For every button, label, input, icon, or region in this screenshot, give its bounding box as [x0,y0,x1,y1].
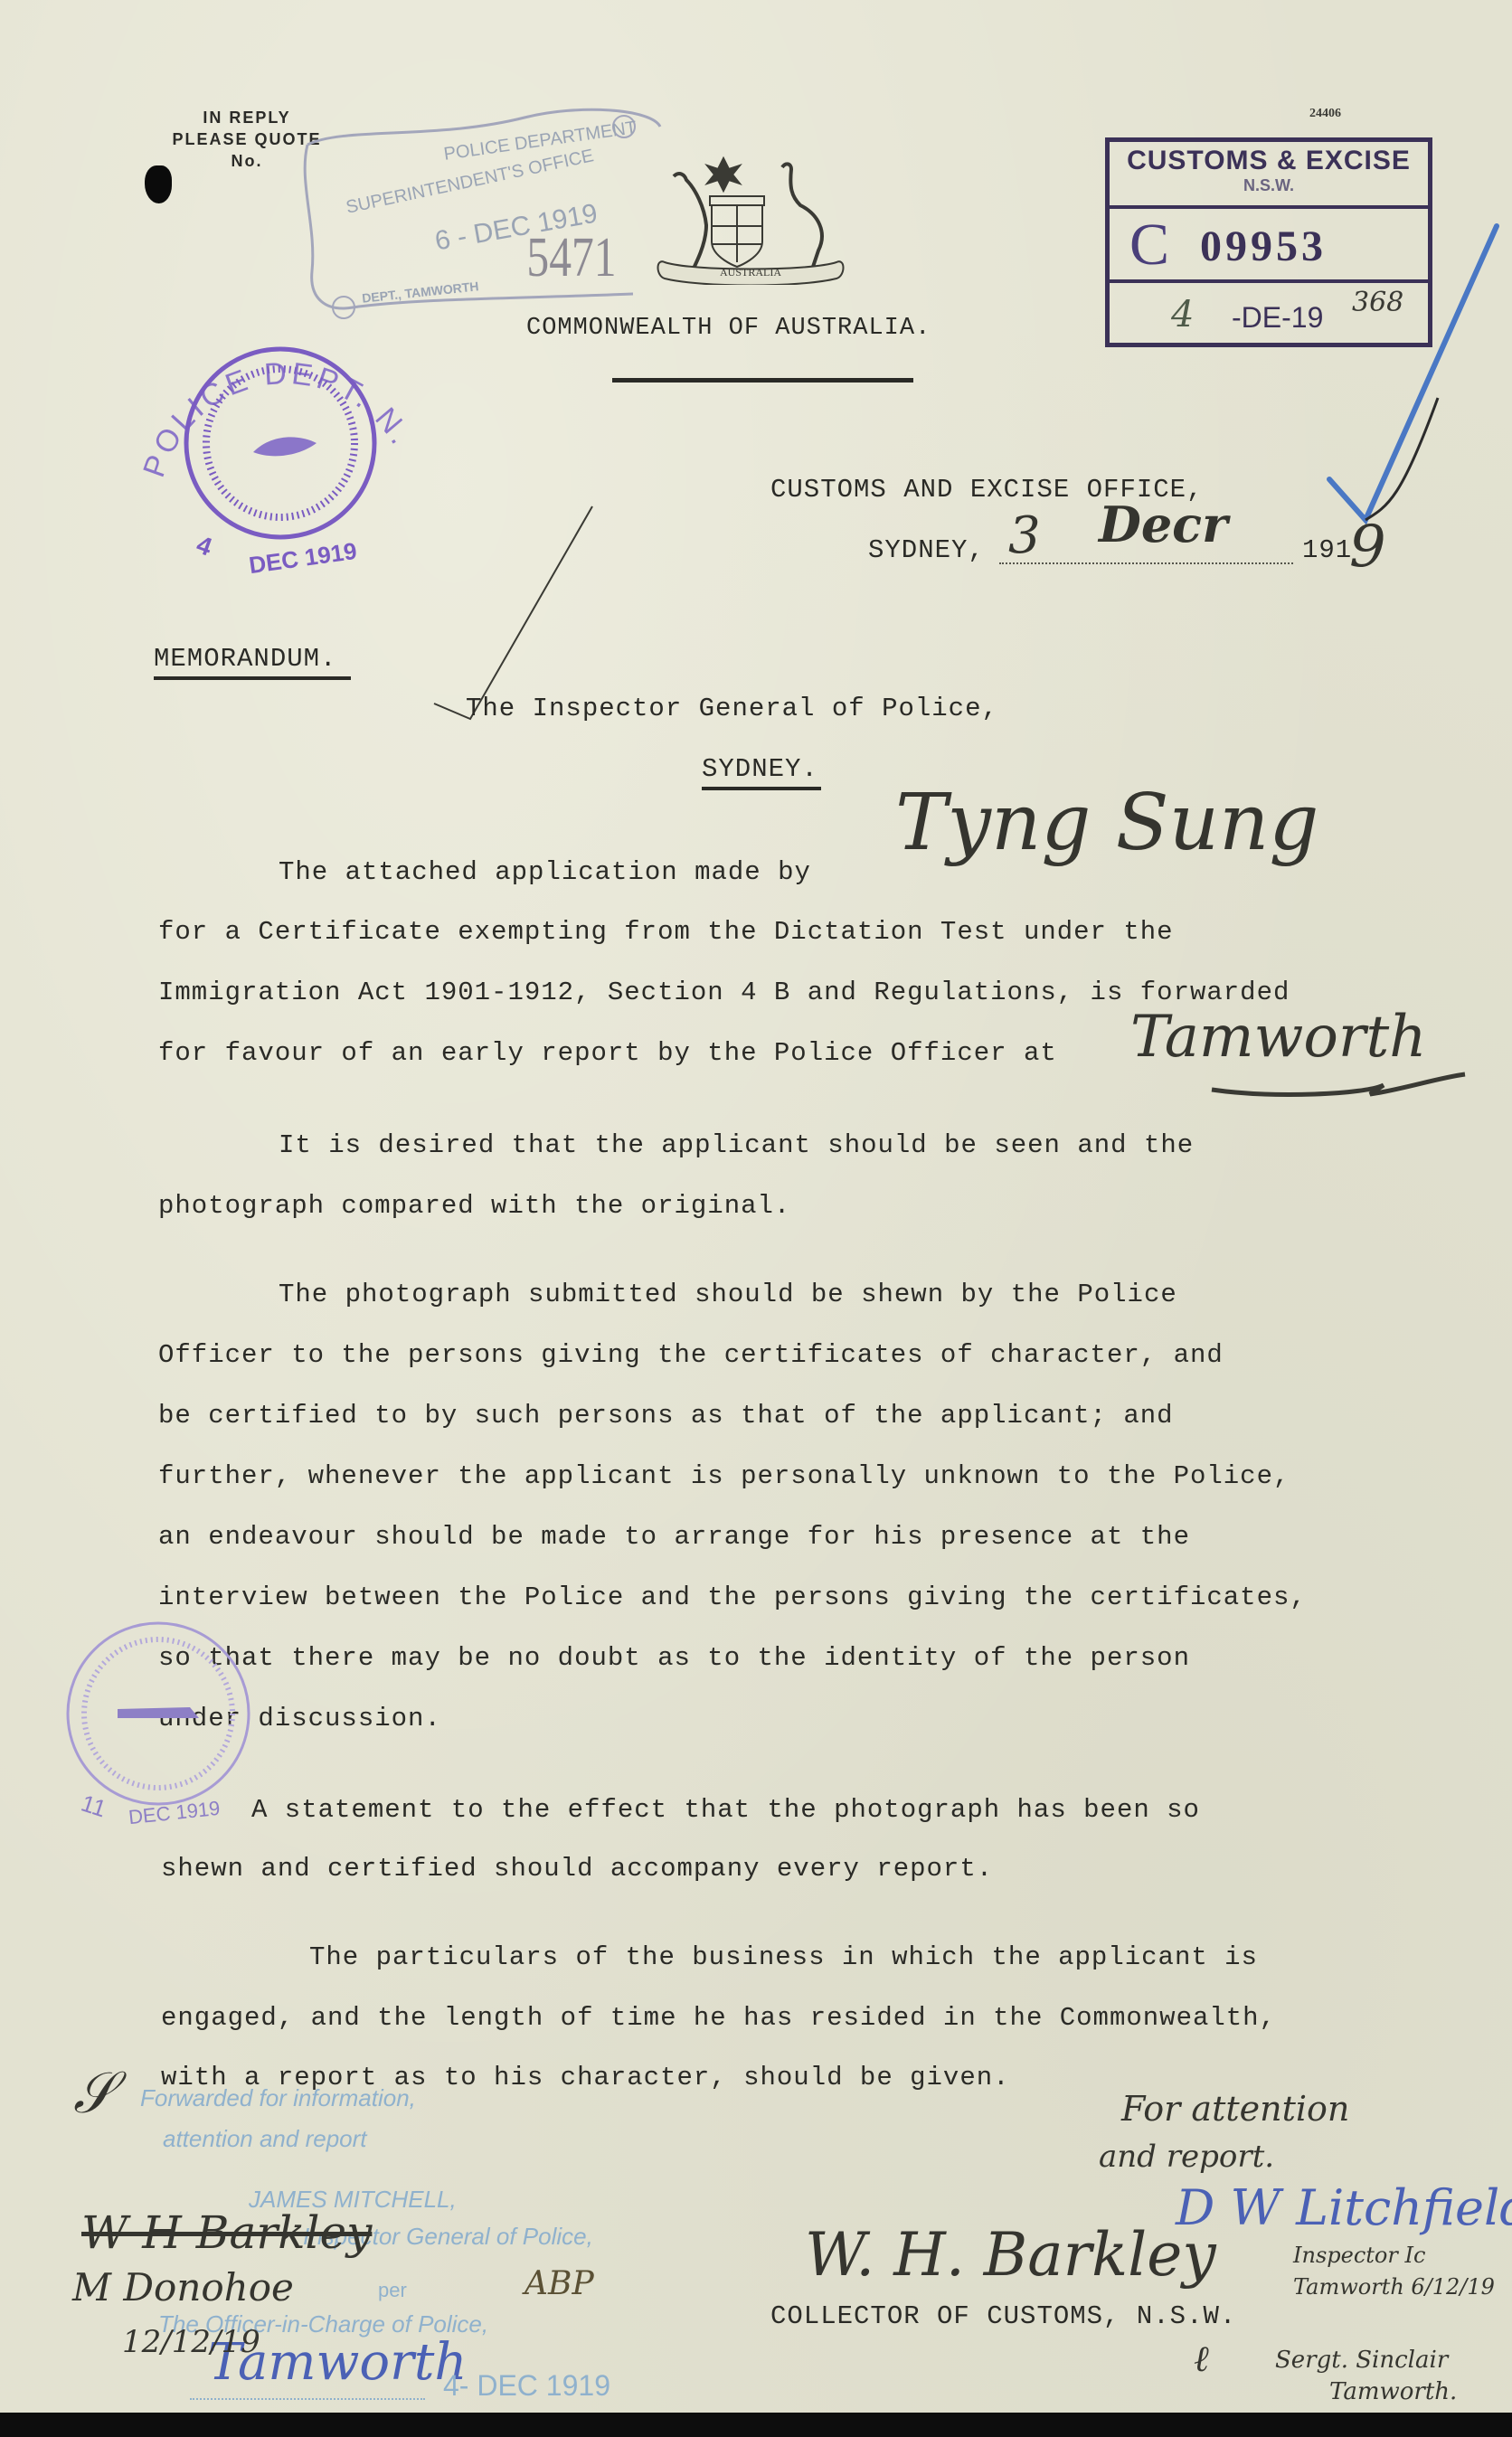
forward-line2: attention and report [163,2125,367,2153]
p3-line2: Officer to the persons giving the certif… [158,1340,1224,1370]
punch-hole [145,165,172,203]
addressee-line1: The Inspector General of Police, [466,694,998,723]
p3-line4: further, whenever the applicant is perso… [158,1461,1290,1491]
p2-line2: photograph compared with the original. [158,1191,790,1221]
right-signature-blue: D W Litchfield [1176,2179,1512,2236]
collector-title: COLLECTOR OF CUSTOMS, N.S.W. [770,2301,1236,2331]
p2-line1: It is desired that the applicant should … [279,1130,1194,1160]
right-note-line4: Tamworth 6/12/19 [1293,2274,1495,2300]
left-signature-1: W H Barkley [81,2206,372,2259]
addressee-line2: SYDNEY. [702,754,818,784]
customs-stamp-line2: N.S.W. [1110,176,1428,194]
date-year-suffix-handwritten: 9 [1349,514,1386,581]
forward-per: per [378,2279,407,2302]
office-city: SYDNEY, [868,535,985,565]
addressee-underline [702,787,821,790]
location-handwritten: Tamworth [1130,1004,1426,1071]
bottom-initials: ℓ [1194,2338,1209,2380]
p5-line2: engaged, and the length of time he has r… [161,2003,1276,2033]
collector-signature: W. H. Barkley [805,2220,1216,2290]
p4-line1: A statement to the effect that the photo… [251,1795,1200,1825]
left-date: 12/12/19 [122,2324,260,2360]
police-dept-stamp-top: POLICE DEPT. N.S.W. 4 DEC 1919 [127,298,452,588]
stamp-file-number: 5471 [526,226,616,290]
memorandum-underline [154,676,351,680]
forward-dotted-line [190,2398,425,2400]
crest-scroll-text: AUSTRALIA [720,266,781,279]
letterhead-rule [612,378,913,383]
left-scribble-initials: 𝒮 [71,2060,117,2126]
coat-of-arms-icon: AUSTRALIA [647,149,855,285]
date-year-prefix: 191 [1302,535,1352,565]
p3-line5: an endeavour should be made to arrange f… [158,1522,1190,1552]
customs-stamp-day: 4 [1171,294,1194,335]
left-signature-2: M Donohoe [72,2265,294,2309]
police-clock-stamp-icon: POLICE DEPT. N.S.W. [127,298,452,588]
right-note-line1: For attention [1121,2089,1349,2129]
forward-date: 4- DEC 1919 [443,2369,610,2403]
p3-line6: interview between the Police and the per… [158,1582,1307,1612]
applicant-name-handwritten: Tyng Sung [895,778,1318,868]
forward-line1: Forwarded for information, [140,2084,416,2112]
p3-line1: The photograph submitted should be shewn… [279,1280,1177,1309]
customs-stamp-prefix: C [1129,211,1169,279]
right-note-line2: and report. [1099,2139,1274,2175]
p3-line3: be certified to by such persons as that … [158,1401,1174,1431]
date-dotted-line [999,562,1293,564]
document-page: IN REPLY PLEASE QUOTE No. POLICE DEPARTM… [0,0,1512,2413]
p5-line1: The particulars of the business in which… [309,1942,1258,1972]
location-underline-icon [1203,1067,1474,1103]
memorandum-label: MEMORANDUM. [154,644,336,674]
right-note-line3: Inspector Ic [1293,2243,1425,2268]
blue-checkmark-icon [1302,208,1510,588]
p1-line3: Immigration Act 1901-1912, Section 4 B a… [158,978,1290,1007]
p4-line2: shewn and certified should accompany eve… [161,1854,993,1884]
date-month-handwritten: Decr [1099,496,1228,553]
customs-stamp-line1: CUSTOMS & EXCISE [1110,142,1428,176]
file-number-top: 24406 [1309,107,1341,121]
bottom-right-line2: Tamworth. [1329,2378,1457,2405]
police-dept-stamp-left: 11 DEC 1919 [63,1601,280,1836]
coat-of-arms: AUSTRALIA [647,149,855,285]
initials-mid: ABP [524,2265,594,2302]
letterhead-title: COMMONWEALTH OF AUSTRALIA. [526,315,931,342]
date-day-handwritten: 3 [1008,506,1041,565]
customs-stamp-header: CUSTOMS & EXCISE N.S.W. [1110,142,1428,209]
p3-line7: so that there may be no doubt as to the … [158,1643,1190,1673]
p1-line2: for a Certificate exempting from the Dic… [158,917,1174,947]
police-clock-stamp-faint-icon [63,1601,280,1809]
p1-lead: The attached application made by [279,857,811,887]
p1-line4: for favour of an early report by the Pol… [158,1038,1057,1068]
bottom-right-line1: Sergt. Sinclair [1275,2347,1448,2374]
scan-bottom-edge [0,2413,1512,2437]
